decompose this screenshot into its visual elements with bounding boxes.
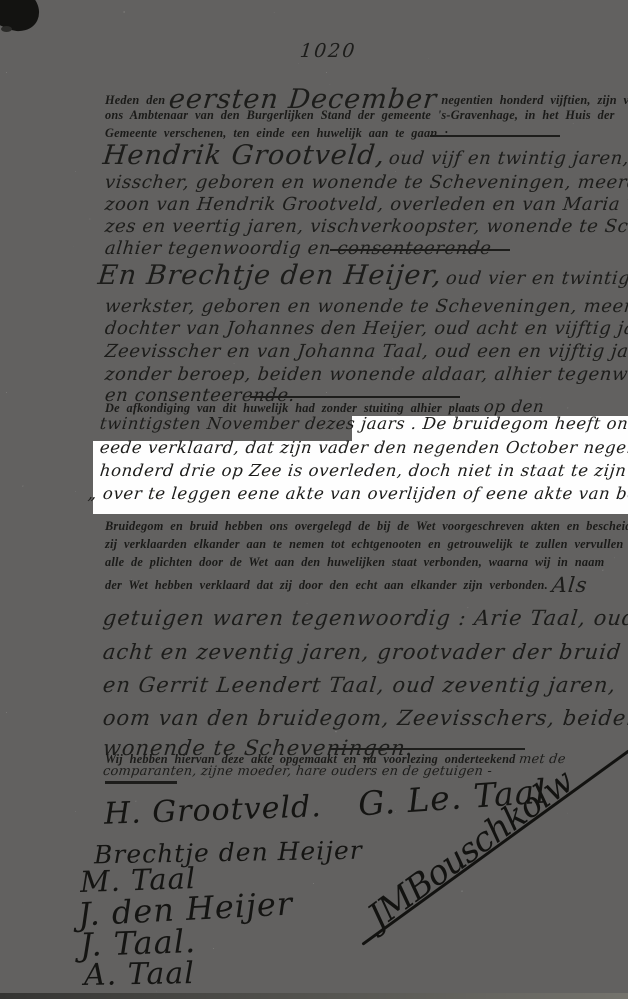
closing-hw-line: comparanten, zijne moeder, hare ouders e…: [102, 764, 493, 779]
witnesses-line-2: acht en zeventig jaren, grootvader der b…: [102, 640, 623, 664]
oath-line-4: „ over te leggen eene akte van overlijde…: [87, 484, 628, 503]
signature-groom: H. Grootveld.: [103, 789, 322, 832]
groom-line-1-rest: oud vijf en twintig jaren, Zee-: [388, 148, 628, 169]
header-line-3: Gemeente verschenen, ten einde een huwel…: [105, 126, 448, 141]
filler-rule: [330, 249, 510, 251]
vows-line-2: zij verklaarden elkander aan te nemen to…: [105, 537, 623, 552]
signature-arie-taal: A. Taal: [84, 956, 195, 993]
oath-line-3: honderd drie op Zee is overleden, doch n…: [99, 461, 628, 480]
header-printed-b: negentien honderd vijftien, zijn voor: [441, 93, 628, 107]
groom-line-1: Hendrik Grootveld, oud vijf en twintig j…: [103, 140, 628, 171]
witnesses-line-3: en Gerrit Leendert Taal, oud zeventig ja…: [102, 673, 618, 697]
witnesses-line-4: oom van den bruidegom, Zeevisschers, bei…: [102, 706, 628, 730]
bride-name: En Brechtje den Heijer,: [96, 260, 443, 291]
scan-corner-blob: [0, 0, 46, 38]
scan-bottom-edge: [0, 993, 628, 999]
bride-line-5: zonder beroep, beiden wonende aldaar, al…: [104, 364, 628, 385]
header-line-2: ons Ambtenaar van den Burgerlijken Stand…: [105, 108, 615, 123]
oath-line-2: eede verklaard, dat zijn vader den negen…: [99, 438, 628, 457]
vows-line-3: alle de plichten door de Wet aan den huw…: [105, 555, 604, 570]
page-number: 1020: [299, 40, 358, 62]
groom-line-4: zes en veertig jaren, vischverkoopster, …: [104, 216, 628, 237]
filler-rule: [430, 135, 560, 137]
vows-line-4: der Wet hebben verklaard dat zij door de…: [105, 573, 588, 597]
vows-hw-suffix: Als: [551, 573, 589, 597]
bride-line-1: En Brechtje den Heijer, oud vier en twin…: [98, 260, 628, 291]
bride-line-4: Zeevisscher en van Johanna Taal, oud een…: [104, 341, 628, 362]
groom-name: Hendrik Grootveld,: [101, 140, 387, 171]
header-printed-a: Heden den: [105, 93, 165, 107]
witnesses-line-1: getuigen waren tegenwoordig : Arie Taal,…: [102, 606, 628, 630]
groom-line-2: visscher, geboren en wonende te Scheveni…: [104, 172, 628, 193]
oath-line-1: twintigsten November dezes jaars . De br…: [99, 414, 628, 433]
groom-line-3: zoon van Hendrik Grootveld, overleden en…: [104, 194, 628, 215]
vows-line-1: Bruidegom en bruid hebben ons overgelegd…: [105, 519, 628, 534]
bride-line-1-rest: oud vier en twintig jaren,: [445, 268, 628, 289]
bride-line-2: werkster, geboren en wonende te Scheveni…: [104, 296, 628, 317]
filler-rule: [105, 781, 177, 784]
scan-corner-speck: [1, 26, 12, 32]
bride-line-3: dochter van Johannes den Heijer, oud ach…: [104, 318, 628, 339]
announcement-printed: De afkondiging van dit huwelijk had zond…: [105, 401, 480, 415]
vows-line-4-printed: der Wet hebben verklaard dat zij door de…: [105, 578, 548, 592]
scanned-marriage-certificate: 1020 Heden den eersten December negentie…: [0, 0, 628, 999]
